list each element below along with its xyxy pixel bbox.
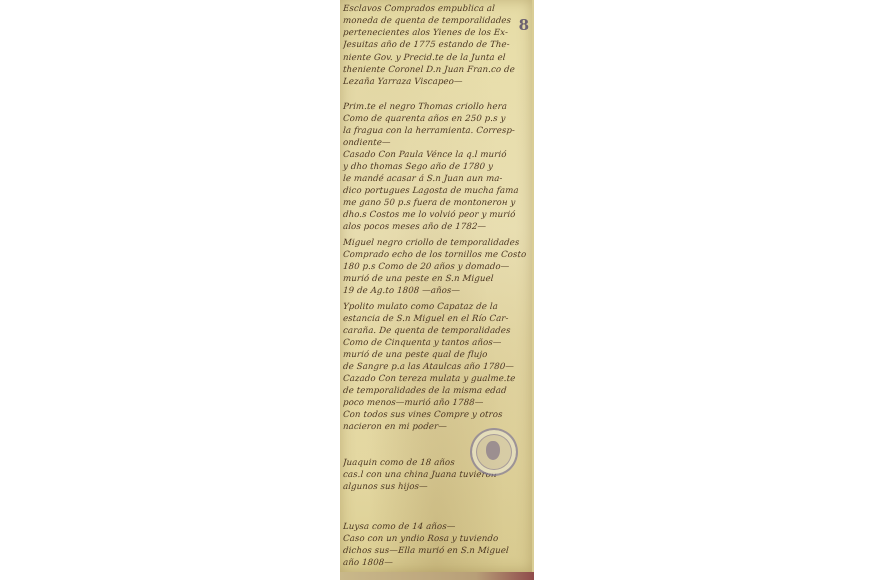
manuscript-line: Lezaña Yarraza Viscapeo— (343, 77, 530, 87)
stamp-emblem-icon (486, 441, 500, 460)
manuscript-line: estancia de S.n Miguel en el Río Car- (343, 314, 530, 324)
manuscript-line: Casado Con Paula Vénce la q.l murió (343, 150, 530, 160)
document-viewer: 8 Esclavos Comprados empublica al moneda… (0, 0, 870, 580)
manuscript-line: y dho thomas Sego año de 1780 y (343, 162, 530, 172)
manuscript-line: Caso con un yndio Rosa y tuviendo (343, 534, 530, 544)
manuscript-line: poco menos—murió año 1788— (343, 398, 530, 408)
manuscript-line: dichos sus—Ella murió en S.n Miguel (343, 546, 530, 556)
manuscript-line: la fragua con la herramienta. Corresp- (343, 126, 530, 136)
manuscript-line: 180 p.s Como de 20 años y domado— (343, 262, 530, 272)
manuscript-line: Con todos sus vines Compre y otros (343, 410, 530, 420)
manuscript-line: Jesuitas año de 1775 estando de The- (343, 40, 530, 50)
manuscript-line: año 1808— (343, 558, 530, 568)
manuscript-line: de temporalidades de la misma edad (343, 386, 530, 396)
manuscript-line: murió de una peste qual de flujo (343, 350, 530, 360)
manuscript-line: alos pocos meses año de 1782— (343, 222, 530, 232)
manuscript-line: dico portugues Lagosta de mucha fama (343, 186, 530, 196)
manuscript-line: ondiente— (343, 138, 530, 148)
manuscript-line: niente Gov. y Precid.te de la Junta el (343, 53, 530, 63)
manuscript-page: 8 Esclavos Comprados empublica al moneda… (340, 0, 534, 572)
page-bottom-edge (340, 572, 534, 580)
manuscript-line: Luysa como de 14 años— (343, 522, 530, 532)
archive-stamp-icon (470, 428, 518, 476)
manuscript-line: de Sangre p.a las Ataulcas año 1780— (343, 362, 530, 372)
manuscript-line: Comprado echo de los tornillos me Costo (343, 250, 530, 260)
manuscript-line: me gano 50 p.s fuera de montonerон y (343, 198, 530, 208)
manuscript-line: pertenecientes alos Yienes de los Ex- (343, 28, 530, 38)
manuscript-line: 19 de Ag.to 1808 —años— (343, 286, 530, 296)
manuscript-line: algunos sus hijos— (343, 482, 530, 492)
manuscript-line: theniente Coronel D.n Juan Fran.co de (343, 65, 530, 75)
manuscript-line: Ypolito mulato como Capataz de la (343, 302, 530, 312)
manuscript-line: Como de Cinquenta y tantos años— (343, 338, 530, 348)
manuscript-line: Miguel negro criollo de temporalidades (343, 238, 530, 248)
manuscript-line: Prim.te el negro Thomas criollo hera (343, 102, 530, 112)
manuscript-line: moneda de quenta de temporalidades (343, 16, 530, 26)
manuscript-line: dho.s Costos me lo volvió peor y murió (343, 210, 530, 220)
manuscript-line: le mandé acasar á S.n Juan aun ma- (343, 174, 530, 184)
manuscript-line: caraña. De quenta de temporalidades (343, 326, 530, 336)
manuscript-line: murió de una peste en S.n Miguel (343, 274, 530, 284)
manuscript-line: Cazado Con tereza mulata y gualme.te (343, 374, 530, 384)
manuscript-line: Esclavos Comprados empublica al (343, 4, 530, 14)
manuscript-line: Como de quarenta años en 250 p.s y (343, 114, 530, 124)
